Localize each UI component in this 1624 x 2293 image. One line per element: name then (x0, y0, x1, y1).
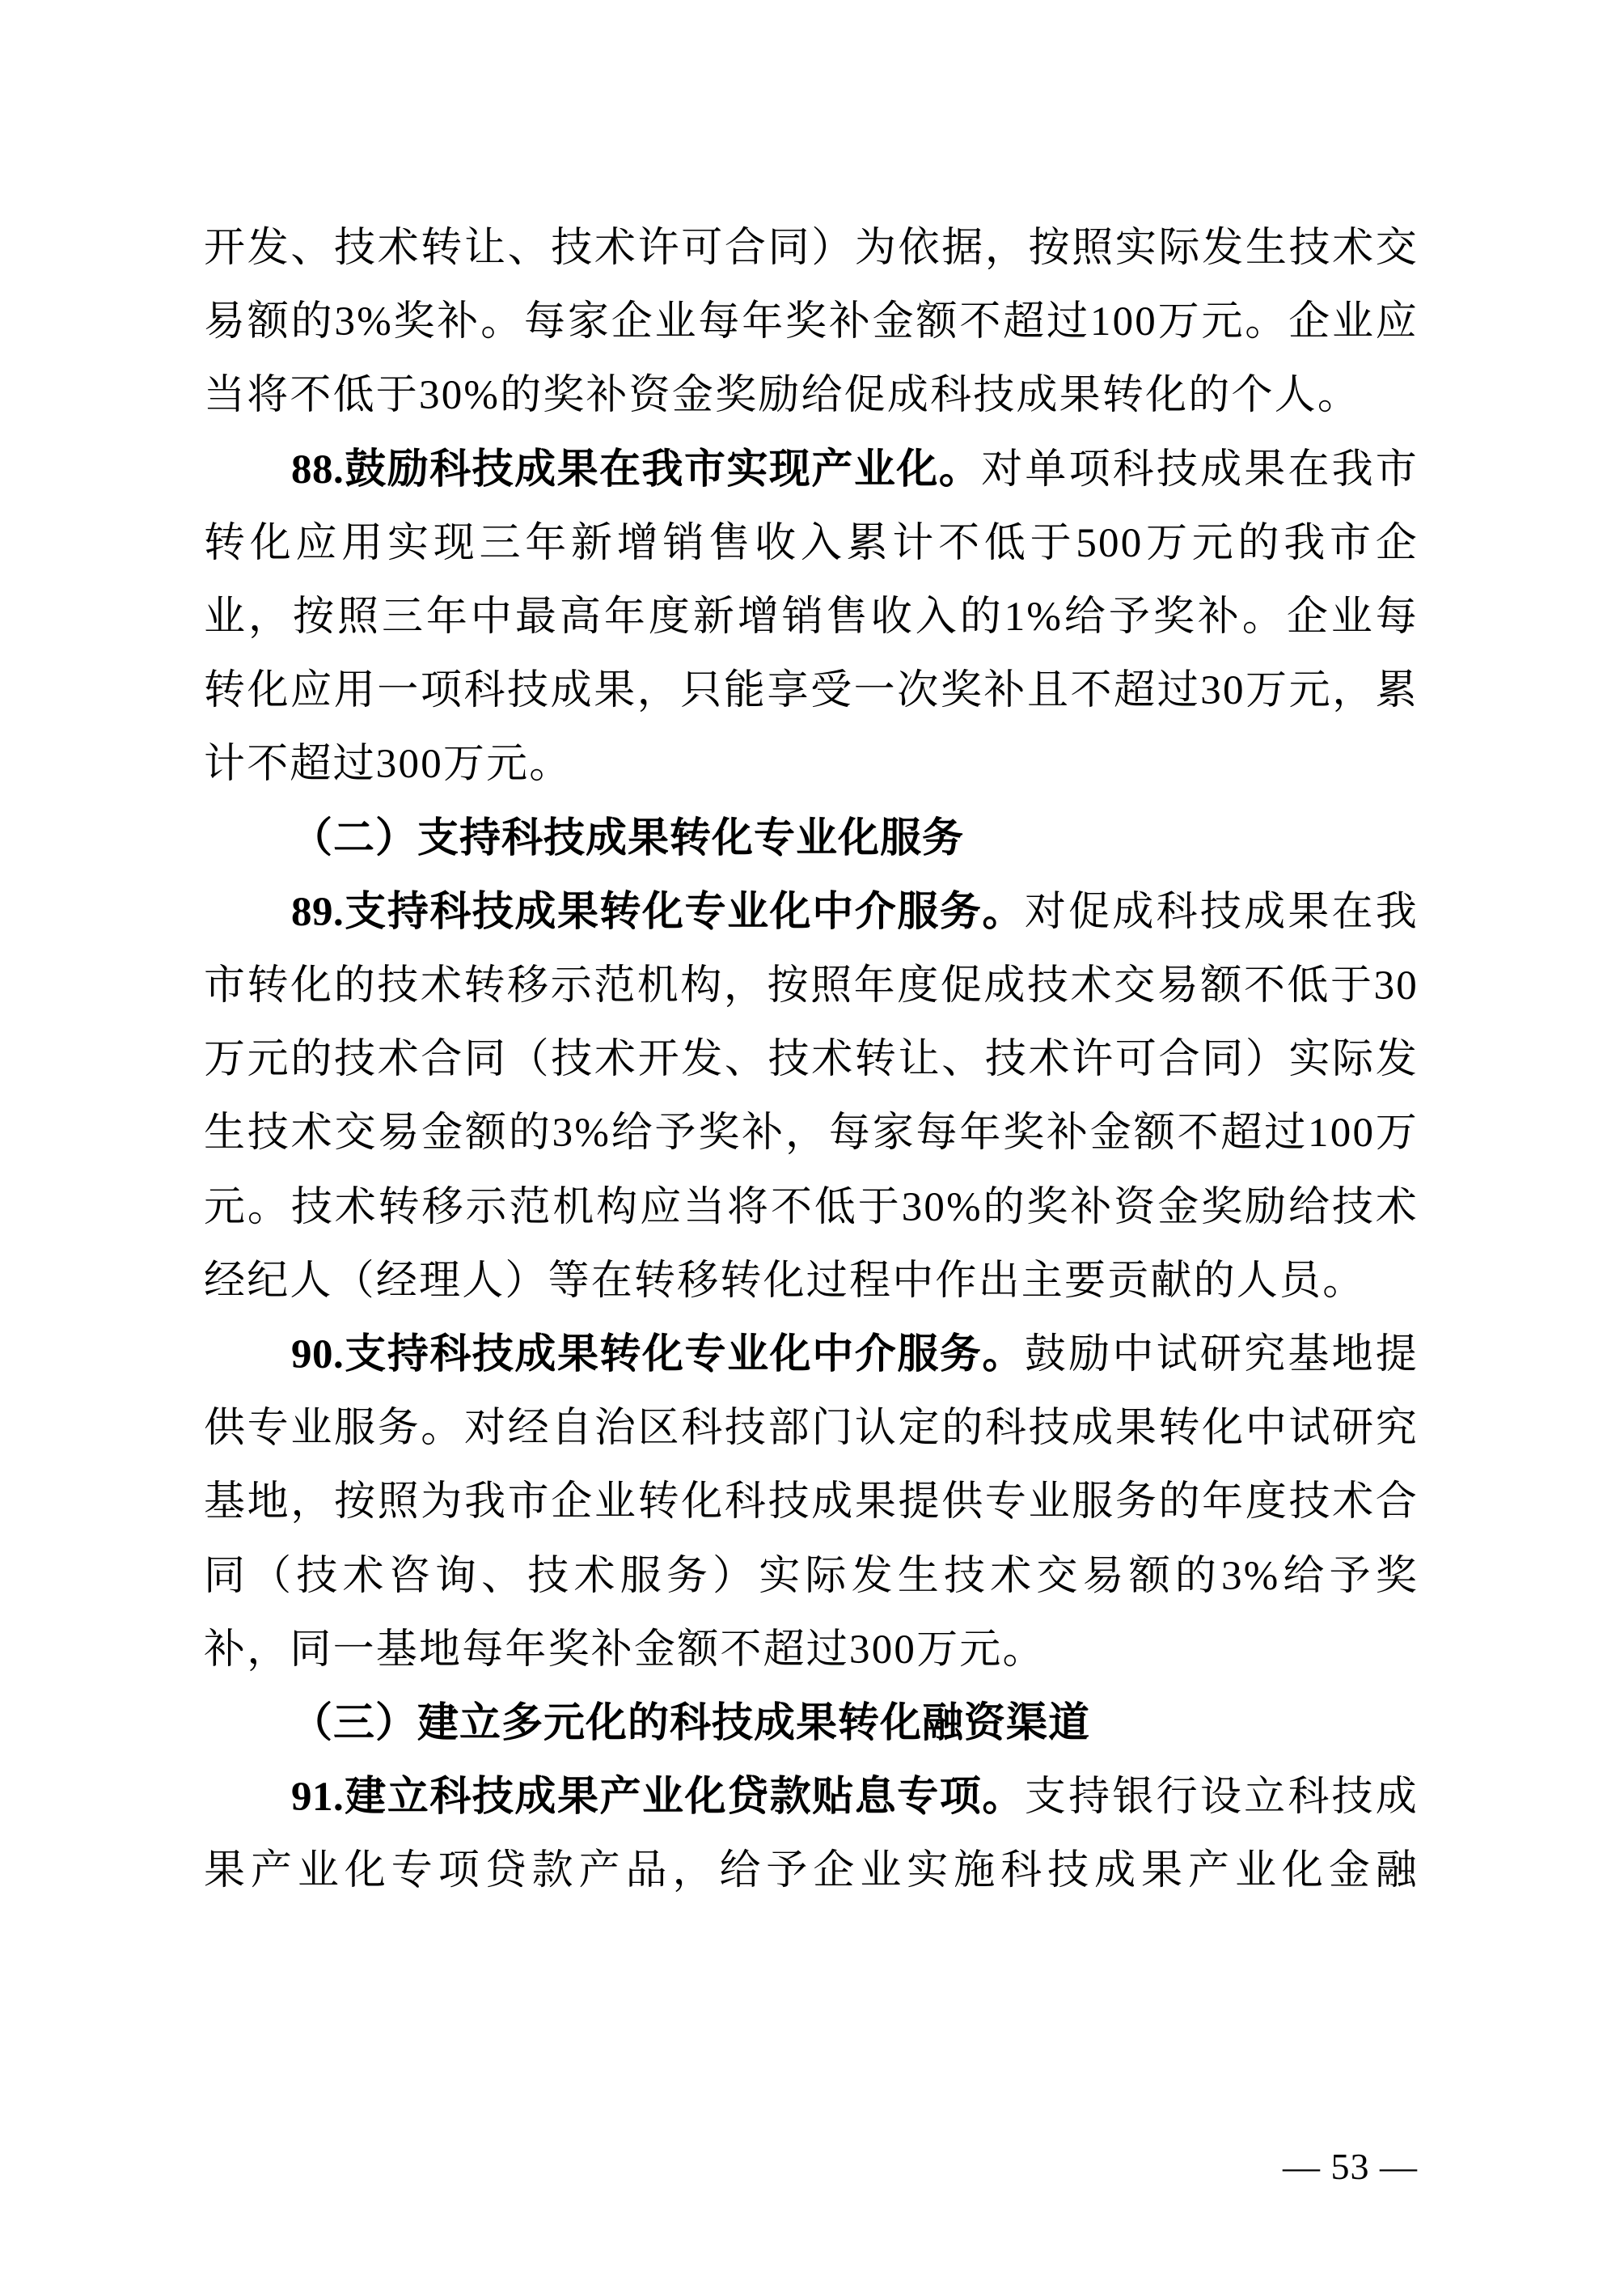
document-body: 开发、技术转让、技术许可合同）为依据，按照实际发生技术交易额的3%奖补。每家企业… (204, 212, 1419, 1909)
item-text: 鼓励中试研究基地提供专业服务。对经自治区科技部门认定的科技成果转化中试研究基地，… (204, 1332, 1419, 1673)
item-90: 90.支持科技成果转化专业化中介服务。鼓励中试研究基地提供专业服务。对经自治区科… (204, 1318, 1419, 1687)
item-91: 91.建立科技成果产业化贷款贴息专项。支持银行设立科技成果产业化专项贷款产品，给… (204, 1761, 1419, 1908)
item-title: 支持科技成果转化专业化中介服务。 (344, 1332, 1025, 1377)
item-text: 对单项科技成果在我市转化应用实现三年新增销售收入累计不低于500万元的我市企业，… (204, 447, 1419, 788)
item-89: 89.支持科技成果转化专业化中介服务。对促成科技成果在我市转化的技术转移示范机构… (204, 876, 1419, 1318)
item-title: 建立科技成果产业化贷款贴息专项。 (344, 1775, 1025, 1820)
section-heading-2: （二）支持科技成果转化专业化服务 (204, 802, 1419, 876)
page-number: — 53 — (1283, 2145, 1418, 2188)
item-number: 88. (291, 447, 344, 493)
item-number: 89. (291, 890, 344, 935)
item-88: 88.鼓励科技成果在我市实现产业化。对单项科技成果在我市转化应用实现三年新增销售… (204, 434, 1419, 802)
item-number: 91. (291, 1775, 344, 1820)
paragraph-text: 开发、技术转让、技术许可合同）为依据，按照实际发生技术交易额的3%奖补。每家企业… (204, 226, 1419, 418)
item-title: 鼓励科技成果在我市实现产业化。 (344, 447, 981, 493)
section-heading-3: （三）建立多元化的科技成果转化融资渠道 (204, 1687, 1419, 1761)
item-text: 对促成科技成果在我市转化的技术转移示范机构，按照年度促成技术交易额不低于30万元… (204, 890, 1419, 1304)
paragraph-continuation: 开发、技术转让、技术许可合同）为依据，按照实际发生技术交易额的3%奖补。每家企业… (204, 212, 1419, 434)
item-title: 支持科技成果转化专业化中介服务。 (344, 890, 1025, 935)
item-number: 90. (291, 1332, 344, 1377)
